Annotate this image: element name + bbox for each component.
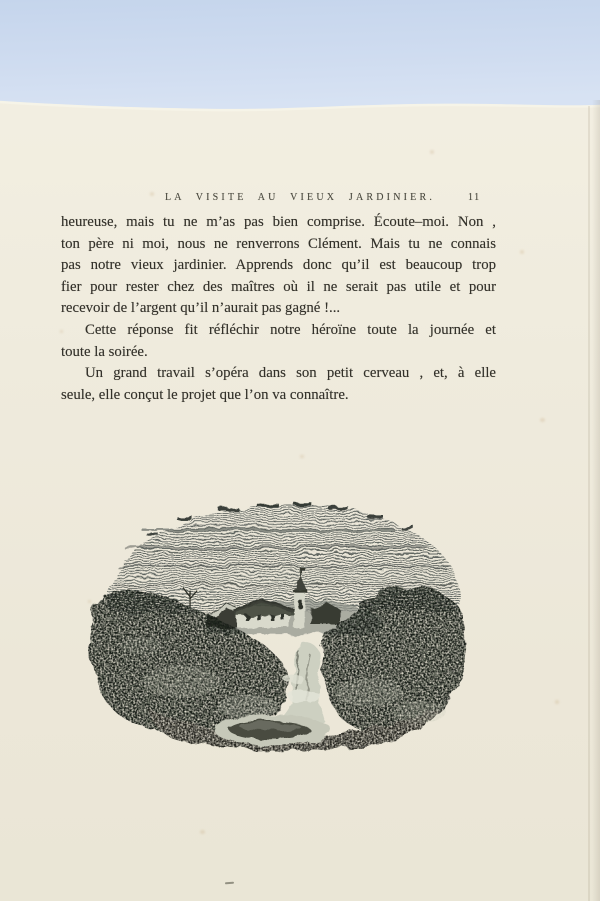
text-line: heureuse, mais tu ne m’as pas bien compr… [61,212,496,234]
text-line: seule, elle conçut le projet que l’on va… [61,385,496,407]
foxing-spot [60,330,63,333]
text-line: Un grand travail s’opéra dans son petit … [61,363,496,385]
ink-smudge [225,882,234,885]
engraving-pond [214,715,331,745]
text-line: toute la soirée. [61,342,496,364]
foxing-spot [150,192,154,196]
page-number: 11 [468,192,481,203]
foxing-spot [540,418,545,422]
running-head: LA VISITE AU VIEUX JARDINIER. 11 [0,0,600,24]
text-line: Cette réponse fit réfléchir notre héroïn… [61,320,496,342]
book-photo: LA VISITE AU VIEUX JARDINIER. 11 heureus… [0,0,600,901]
foxing-spot [200,830,205,834]
running-head-title: LA VISITE AU VIEUX JARDINIER. [165,192,435,203]
foxing-spot [300,455,304,458]
page-crease [588,106,590,901]
text-line: recevoir de l’argent qu’il n’aurait pas … [61,298,496,320]
foxing-spot [520,250,524,254]
foxing-spot [555,700,559,704]
illustration-engraving [86,494,482,756]
foxing-spot [430,150,434,154]
page-edge-shadow [592,100,600,901]
text-line: fier pour rester chez des maîtres où il … [61,277,496,299]
body-text: heureuse, mais tu ne m’as pas bien compr… [61,212,496,406]
text-line: ton père ni moi, nous ne renverrons Clém… [61,234,496,256]
foxing-spot [88,600,91,603]
text-line: pas notre vieux jardinier. Apprends donc… [61,255,496,277]
